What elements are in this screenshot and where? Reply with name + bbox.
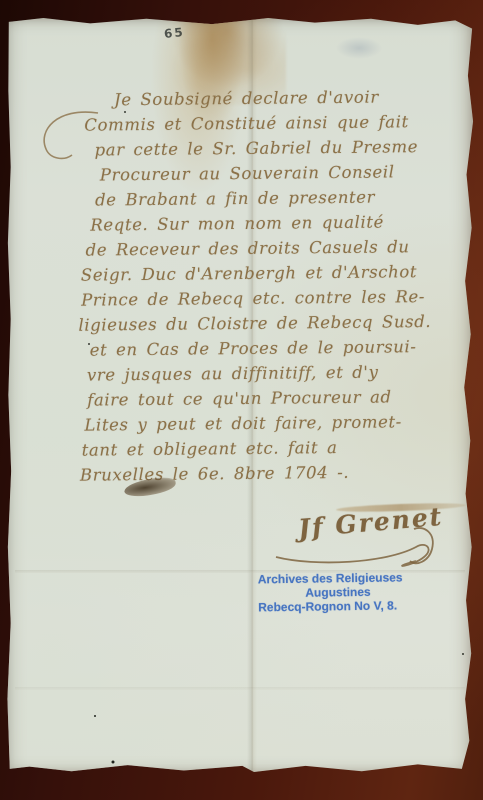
ink-smudge bbox=[336, 37, 382, 59]
manuscript-line: par cette le Sr. Gabriel du Presme bbox=[4, 134, 472, 164]
manuscript-line: et en Cas de Proces de le poursui- bbox=[7, 334, 475, 364]
stamp-line: Rebecq-Rognon No V, 8. bbox=[258, 598, 458, 615]
handwritten-text-block: Je Soubsigné declare d'avoir Commis et C… bbox=[4, 84, 476, 489]
manuscript-paper: 65 Je Soubsigné declare d'avoir Commis e… bbox=[6, 15, 474, 775]
pencil-annotation: 65 bbox=[163, 25, 185, 41]
manuscript-line: Bruxelles le 6e. 8bre 1704 -. bbox=[8, 459, 476, 489]
signature: Jf Grenet bbox=[297, 502, 444, 544]
horizontal-crease bbox=[15, 687, 464, 690]
paper-specks bbox=[94, 715, 96, 717]
archive-stamp: Archives des Religieuses Augustines Rebe… bbox=[258, 570, 459, 615]
photograph-of-manuscript: { "scene": { "background_color": "#4a180… bbox=[0, 0, 483, 800]
